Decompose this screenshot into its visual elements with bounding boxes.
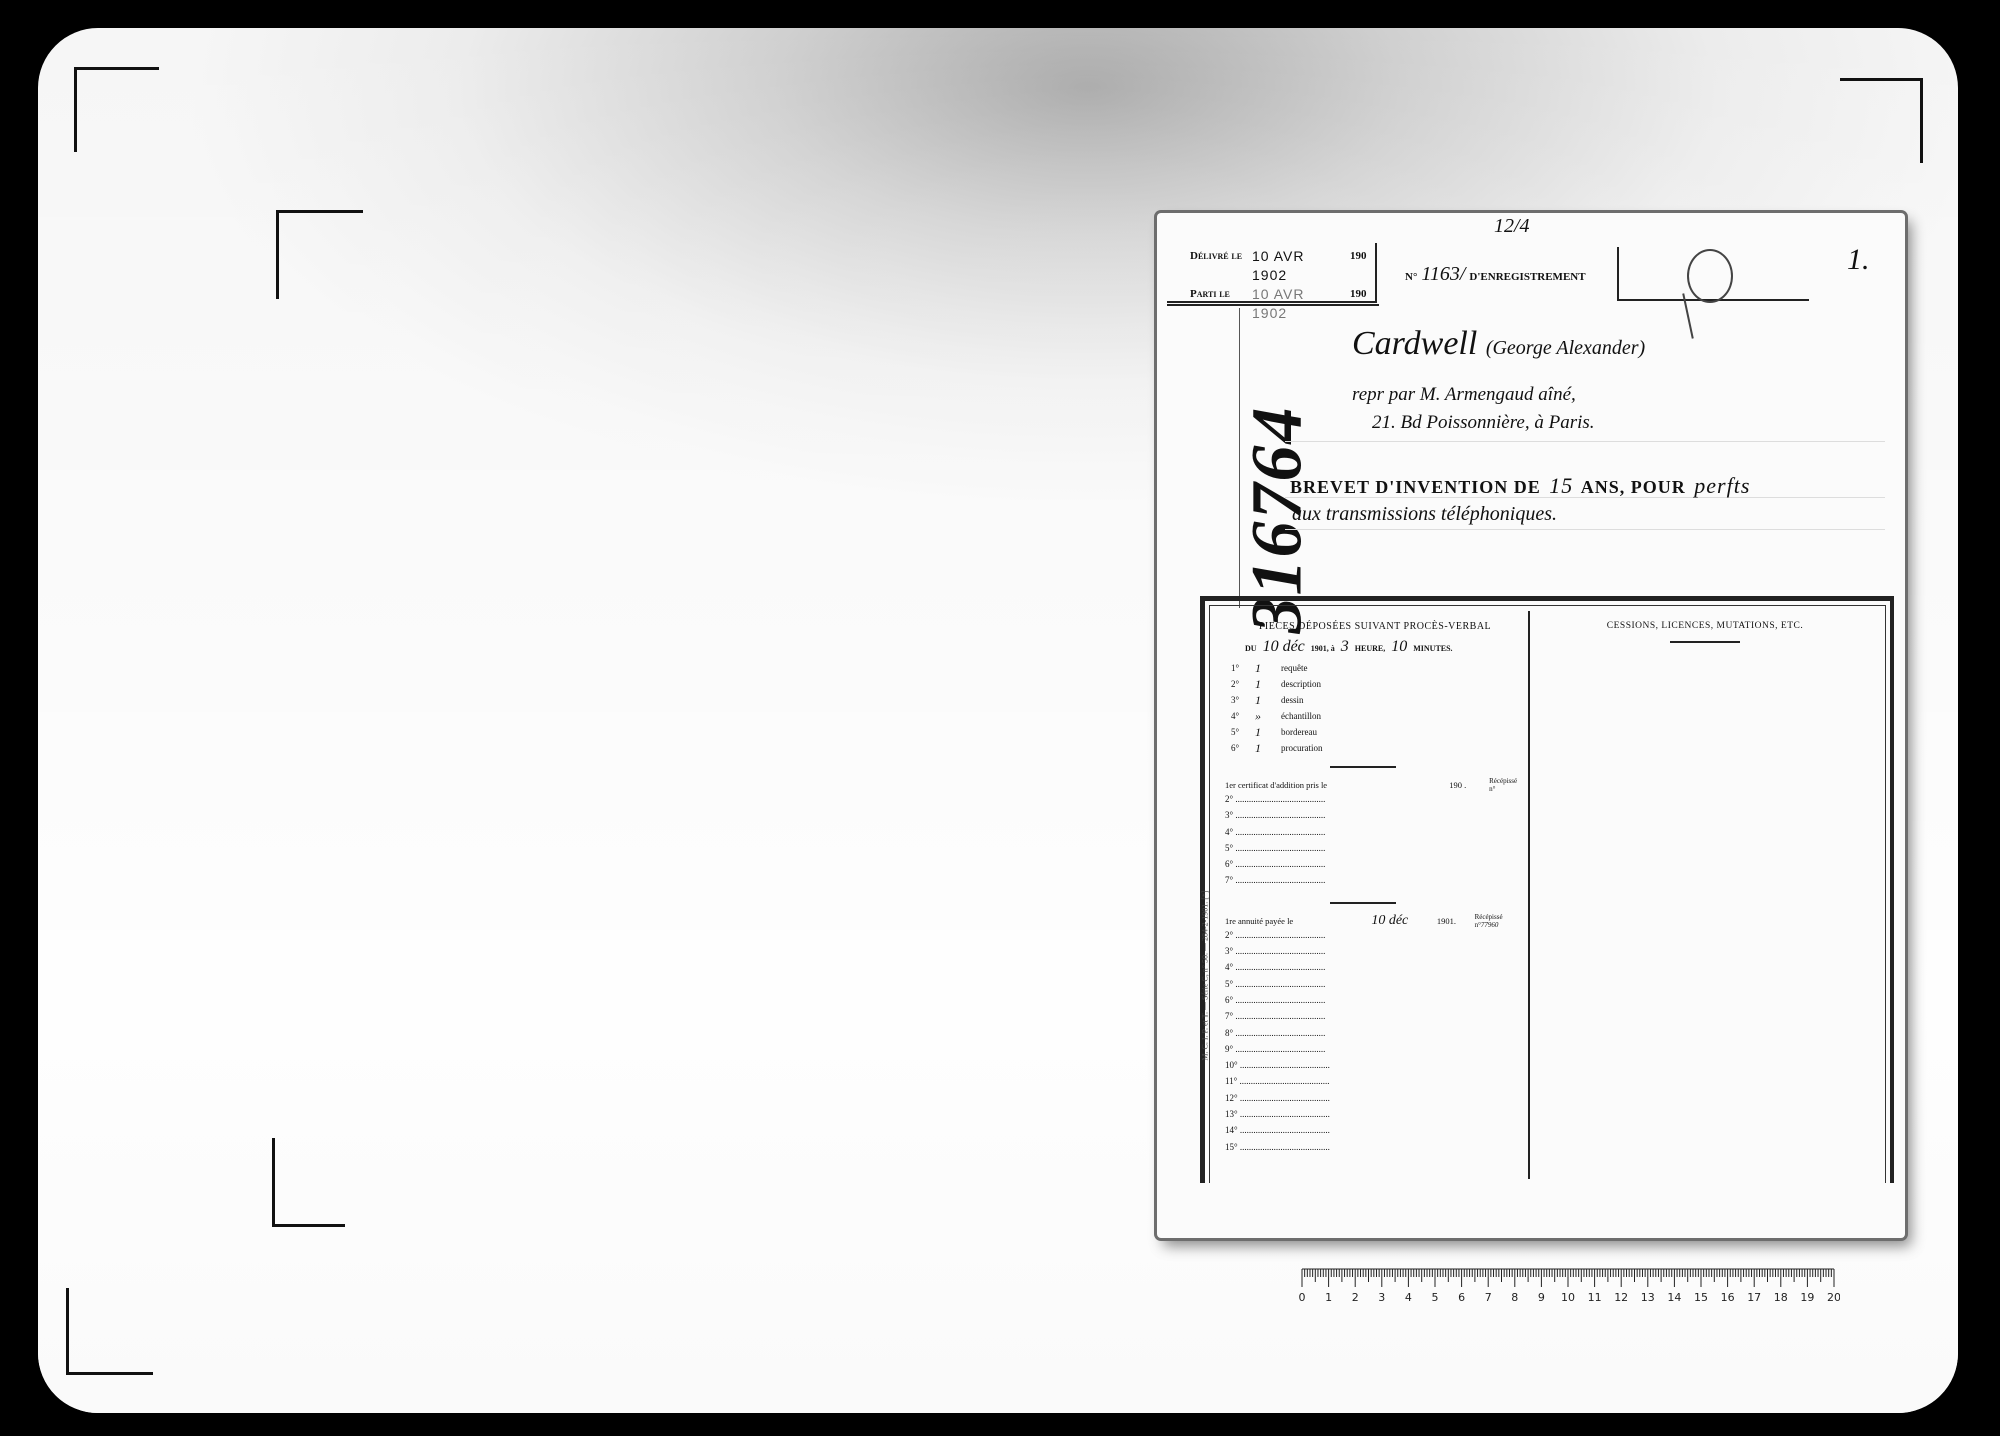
dotted-entry: 12° ....................................… xyxy=(1225,1093,1340,1109)
dotted-entry: 11° ....................................… xyxy=(1225,1076,1340,1092)
list-item: 6°1procuration xyxy=(1225,740,1525,756)
crop-mark-outer-bottom-left xyxy=(66,1288,153,1375)
crop-mark-outer-top-right xyxy=(1840,78,1923,163)
svg-text:5: 5 xyxy=(1432,1291,1439,1304)
piece-num: 5° xyxy=(1225,727,1255,737)
piece-label: dessin xyxy=(1281,695,1304,705)
certificate-first-row: 1er certificat d'addition pris le 190 . … xyxy=(1225,776,1525,794)
section-dash xyxy=(1330,766,1396,768)
section-dash xyxy=(1330,902,1396,904)
annuity-rows: 2° .....................................… xyxy=(1225,930,1525,1158)
svg-text:17: 17 xyxy=(1747,1291,1761,1304)
piece-label: bordereau xyxy=(1281,727,1317,737)
svg-text:7: 7 xyxy=(1485,1291,1492,1304)
piece-num: 6° xyxy=(1225,743,1255,753)
ruler-ticks: 01234567891011121314151617181920 xyxy=(1298,1267,1840,1317)
dotted-entry: 10° ....................................… xyxy=(1225,1060,1340,1076)
annuity-year: 1901. xyxy=(1437,916,1475,926)
dotted-entry: 2° .....................................… xyxy=(1225,794,1340,810)
certificate-year: 190 . xyxy=(1449,780,1489,790)
dotted-entry: 6° .....................................… xyxy=(1225,995,1340,1011)
header-rule xyxy=(1167,304,1379,306)
svg-text:9: 9 xyxy=(1538,1291,1545,1304)
piece-label: requête xyxy=(1281,663,1307,673)
svg-text:1: 1 xyxy=(1325,1291,1332,1304)
delivered-stamp: 10 AVR 1902 xyxy=(1252,247,1344,285)
svg-text:13: 13 xyxy=(1641,1291,1655,1304)
crop-mark-inner-bottom-left xyxy=(272,1138,345,1227)
pv-hour: 3 xyxy=(1341,638,1349,655)
dotted-entry: 4° .....................................… xyxy=(1225,827,1340,843)
svg-text:4: 4 xyxy=(1405,1291,1412,1304)
representative-line: repr par M. Armengaud aîné, xyxy=(1352,381,1882,409)
piece-num: 2° xyxy=(1225,679,1255,689)
registration-suffix: D'ENREGISTREMENT xyxy=(1469,271,1585,283)
pv-year: 1901, à xyxy=(1311,644,1335,653)
svg-text:6: 6 xyxy=(1458,1291,1465,1304)
print-note: M. C. I. P. et T. — Série C, n° 50. — 28… xyxy=(1201,846,1210,1106)
column-divider xyxy=(1528,611,1530,1179)
applicant-name: Cardwell (George Alexander) xyxy=(1352,325,1645,363)
brevet-middle: ANS, POUR xyxy=(1581,477,1686,497)
svg-text:20: 20 xyxy=(1827,1291,1840,1304)
brevet-years: 15 xyxy=(1549,473,1573,498)
registration-prefix: N° xyxy=(1405,271,1417,283)
delivered-year: 190 xyxy=(1350,247,1367,285)
dotted-entry: 4° .....................................… xyxy=(1225,962,1340,978)
piece-qty: 1 xyxy=(1255,661,1281,676)
guide-line xyxy=(1285,529,1885,530)
piece-qty: 1 xyxy=(1255,741,1281,756)
delivered-label: Délivré le xyxy=(1190,247,1252,285)
annuity-label: 1re annuité payée le xyxy=(1225,916,1343,926)
guide-line xyxy=(1285,441,1885,442)
registration-value: 1163/ xyxy=(1421,263,1465,285)
certificates-section: 1er certificat d'addition pris le 190 . … xyxy=(1225,776,1525,892)
pv-prefix: DU xyxy=(1245,644,1257,653)
cessions-dash xyxy=(1670,641,1740,643)
certificate-rows: 2° .....................................… xyxy=(1225,794,1525,892)
list-item: 5°1bordereau xyxy=(1225,724,1525,740)
pv-date: 10 déc xyxy=(1263,638,1305,655)
crop-mark-outer-top-left xyxy=(74,67,159,152)
svg-text:0: 0 xyxy=(1299,1291,1306,1304)
piece-num: 4° xyxy=(1225,711,1255,721)
list-item: 3°1dessin xyxy=(1225,692,1525,708)
applicant-address: repr par M. Armengaud aîné, 21. Bd Poiss… xyxy=(1352,381,1882,437)
dotted-entry: 3° .....................................… xyxy=(1225,810,1340,826)
svg-text:3: 3 xyxy=(1378,1291,1385,1304)
pieces-title: PIECES DÉPOSÉES SUIVANT PROCÈS-VERBAL xyxy=(1225,621,1525,632)
svg-text:8: 8 xyxy=(1511,1291,1518,1304)
pv-minutes: 10 xyxy=(1391,638,1407,655)
handwritten-mark-icon xyxy=(1687,249,1733,303)
dotted-entry: 9° .....................................… xyxy=(1225,1044,1340,1060)
svg-text:10: 10 xyxy=(1561,1291,1575,1304)
dotted-entry: 6° .....................................… xyxy=(1225,859,1340,875)
dotted-entry: 5° .....................................… xyxy=(1225,979,1340,995)
svg-text:11: 11 xyxy=(1588,1291,1602,1304)
svg-text:15: 15 xyxy=(1694,1291,1708,1304)
piece-qty: 1 xyxy=(1255,725,1281,740)
deposit-form: M. C. I. P. et T. — Série C, n° 50. — 28… xyxy=(1200,596,1894,1183)
cessions-column: CESSIONS, LICENCES, MUTATIONS, ETC. xyxy=(1535,621,1875,643)
brevet-prefix: BREVET D'INVENTION DE xyxy=(1290,477,1541,497)
pv-hour-label: HEURE, xyxy=(1355,644,1385,653)
svg-text:16: 16 xyxy=(1721,1291,1735,1304)
svg-text:2: 2 xyxy=(1352,1291,1359,1304)
certificate-label: 1er certificat d'addition pris le xyxy=(1225,780,1350,790)
scale-ruler: 01234567891011121314151617181920 xyxy=(1298,1267,1840,1317)
registration-number: N°1163/D'ENREGISTREMENT xyxy=(1405,263,1586,286)
piece-label: procuration xyxy=(1281,743,1322,753)
annuity-receipt-number: 77960 xyxy=(1481,921,1499,929)
annuity-receipt: Récépissé n°77960 xyxy=(1475,913,1525,929)
pieces-list: 1°1requête 2°1description 3°1dessin 4°»é… xyxy=(1225,660,1525,756)
dotted-entry: 14° ....................................… xyxy=(1225,1125,1340,1141)
annuity-date: 10 déc xyxy=(1343,913,1437,929)
dotted-entry: 2° .....................................… xyxy=(1225,930,1340,946)
dotted-entry: 8° .....................................… xyxy=(1225,1028,1340,1044)
dotted-entry: 7° .....................................… xyxy=(1225,1011,1340,1027)
piece-num: 3° xyxy=(1225,695,1255,705)
cessions-title: CESSIONS, LICENCES, MUTATIONS, ETC. xyxy=(1535,621,1875,631)
proces-verbal-line: DU 10 déc 1901, à 3 HEURE, 10 MINUTES. xyxy=(1225,638,1525,656)
crop-mark-inner-top-left xyxy=(276,210,363,299)
fraction-note: 12/4 xyxy=(1494,215,1530,238)
patent-card: Délivré le 10 AVR 1902 190 Parti le 10 A… xyxy=(1157,213,1905,1238)
header-dates: Délivré le 10 AVR 1902 190 Parti le 10 A… xyxy=(1190,247,1367,323)
svg-text:18: 18 xyxy=(1774,1291,1788,1304)
piece-label: échantillon xyxy=(1281,711,1321,721)
dotted-entry: 7° .....................................… xyxy=(1225,875,1340,891)
applicant-given-names: (George Alexander) xyxy=(1486,337,1645,359)
address-line: 21. Bd Poissonnière, à Paris. xyxy=(1352,409,1882,437)
dotted-entry: 13° ....................................… xyxy=(1225,1109,1340,1125)
list-item: 1°1requête xyxy=(1225,660,1525,676)
brevet-heading: BREVET D'INVENTION DE 15 ANS, POUR perft… xyxy=(1290,473,1753,499)
svg-text:14: 14 xyxy=(1667,1291,1681,1304)
certificate-receipt-label: Récépissé n° xyxy=(1489,777,1525,793)
dotted-entry: 3° .....................................… xyxy=(1225,946,1340,962)
list-item: 2°1description xyxy=(1225,676,1525,692)
pv-minutes-label: MINUTES. xyxy=(1413,644,1452,653)
page-mark: 1. xyxy=(1847,243,1870,277)
svg-text:19: 19 xyxy=(1800,1291,1814,1304)
piece-qty: » xyxy=(1255,709,1281,724)
brevet-object-start: perfts xyxy=(1694,473,1750,498)
pieces-column: PIECES DÉPOSÉES SUIVANT PROCÈS-VERBAL DU… xyxy=(1225,621,1525,1158)
brevet-object: aux transmissions téléphoniques. xyxy=(1292,503,1557,526)
piece-num: 1° xyxy=(1225,663,1255,673)
piece-qty: 1 xyxy=(1255,693,1281,708)
list-item: 4°»échantillon xyxy=(1225,708,1525,724)
piece-qty: 1 xyxy=(1255,677,1281,692)
annuities-section: 1re annuité payée le 10 déc 1901. Récépi… xyxy=(1225,912,1525,1158)
applicant-surname: Cardwell xyxy=(1352,325,1477,362)
svg-text:12: 12 xyxy=(1614,1291,1628,1304)
piece-label: description xyxy=(1281,679,1321,689)
dotted-entry: 5° .....................................… xyxy=(1225,843,1340,859)
annuity-first-row: 1re annuité payée le 10 déc 1901. Récépi… xyxy=(1225,912,1525,930)
dotted-entry: 15° ....................................… xyxy=(1225,1142,1340,1158)
